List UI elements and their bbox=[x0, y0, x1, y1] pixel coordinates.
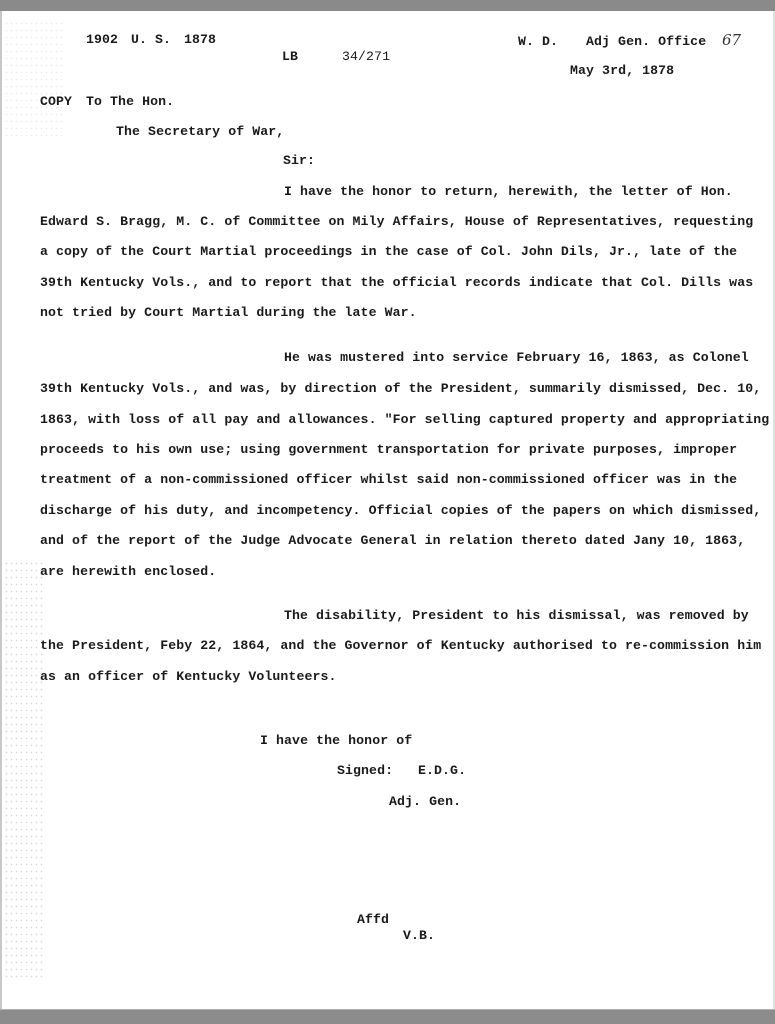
body-line: discharge of his duty, and incompetency.… bbox=[40, 503, 761, 518]
addressee-line-2: The Secretary of War, bbox=[116, 124, 284, 139]
letter-date: May 3rd, 1878 bbox=[570, 63, 674, 78]
scanner-top-bar bbox=[0, 0, 775, 11]
salutation: Sir: bbox=[283, 153, 315, 168]
body-line: Edward S. Bragg, M. C. of Committee on M… bbox=[40, 214, 753, 229]
body-line: a copy of the Court Martial proceedings … bbox=[40, 244, 737, 259]
file-ref-us: U. S. bbox=[131, 32, 171, 47]
office-name: Adj Gen. Office bbox=[586, 34, 706, 49]
page-left-edge bbox=[0, 11, 2, 1009]
body-line: He was mustered into service February 16… bbox=[284, 350, 749, 365]
body-line: as an officer of Kentucky Volunteers. bbox=[40, 669, 337, 684]
body-line: and of the report of the Judge Advocate … bbox=[40, 533, 745, 548]
scanner-bottom-bar bbox=[0, 1009, 775, 1024]
signer-initials: E.D.G. bbox=[418, 763, 466, 778]
body-line: treatment of a non-commissioned officer … bbox=[40, 472, 737, 487]
addressee-line-1: To The Hon. bbox=[86, 94, 174, 109]
body-line: are herewith enclosed. bbox=[40, 564, 216, 579]
body-line: 39th Kentucky Vols., and was, by directi… bbox=[40, 381, 761, 396]
body-line: 39th Kentucky Vols., and to report that … bbox=[40, 275, 753, 290]
body-line: The disability, President to his dismiss… bbox=[284, 608, 749, 623]
letter-book-ref: 34/271 bbox=[342, 49, 390, 64]
scan-noise-top bbox=[4, 20, 64, 140]
signed-label: Signed: bbox=[337, 763, 393, 778]
scan-noise-left bbox=[4, 560, 44, 980]
body-line: the President, Feby 22, 1864, and the Go… bbox=[40, 638, 761, 653]
body-line: not tried by Court Martial during the la… bbox=[40, 305, 417, 320]
footer-initials: V.B. bbox=[403, 928, 435, 943]
file-ref-year: 1878 bbox=[184, 32, 216, 47]
letter-book-label: LB bbox=[282, 49, 298, 64]
signer-title: Adj. Gen. bbox=[389, 794, 461, 809]
affd-mark: Affd bbox=[357, 912, 389, 927]
department: W. D. bbox=[518, 34, 558, 49]
handwritten-page-number: 67 bbox=[722, 31, 741, 49]
file-ref-number: 1902 bbox=[86, 32, 118, 47]
closing-line: I have the honor of bbox=[260, 733, 412, 748]
body-line: proceeds to his own use; using governmen… bbox=[40, 442, 737, 457]
body-line: I have the honor to return, herewith, th… bbox=[284, 184, 733, 199]
copy-mark: COPY bbox=[40, 94, 72, 109]
body-line: 1863, with loss of all pay and allowance… bbox=[40, 412, 769, 427]
